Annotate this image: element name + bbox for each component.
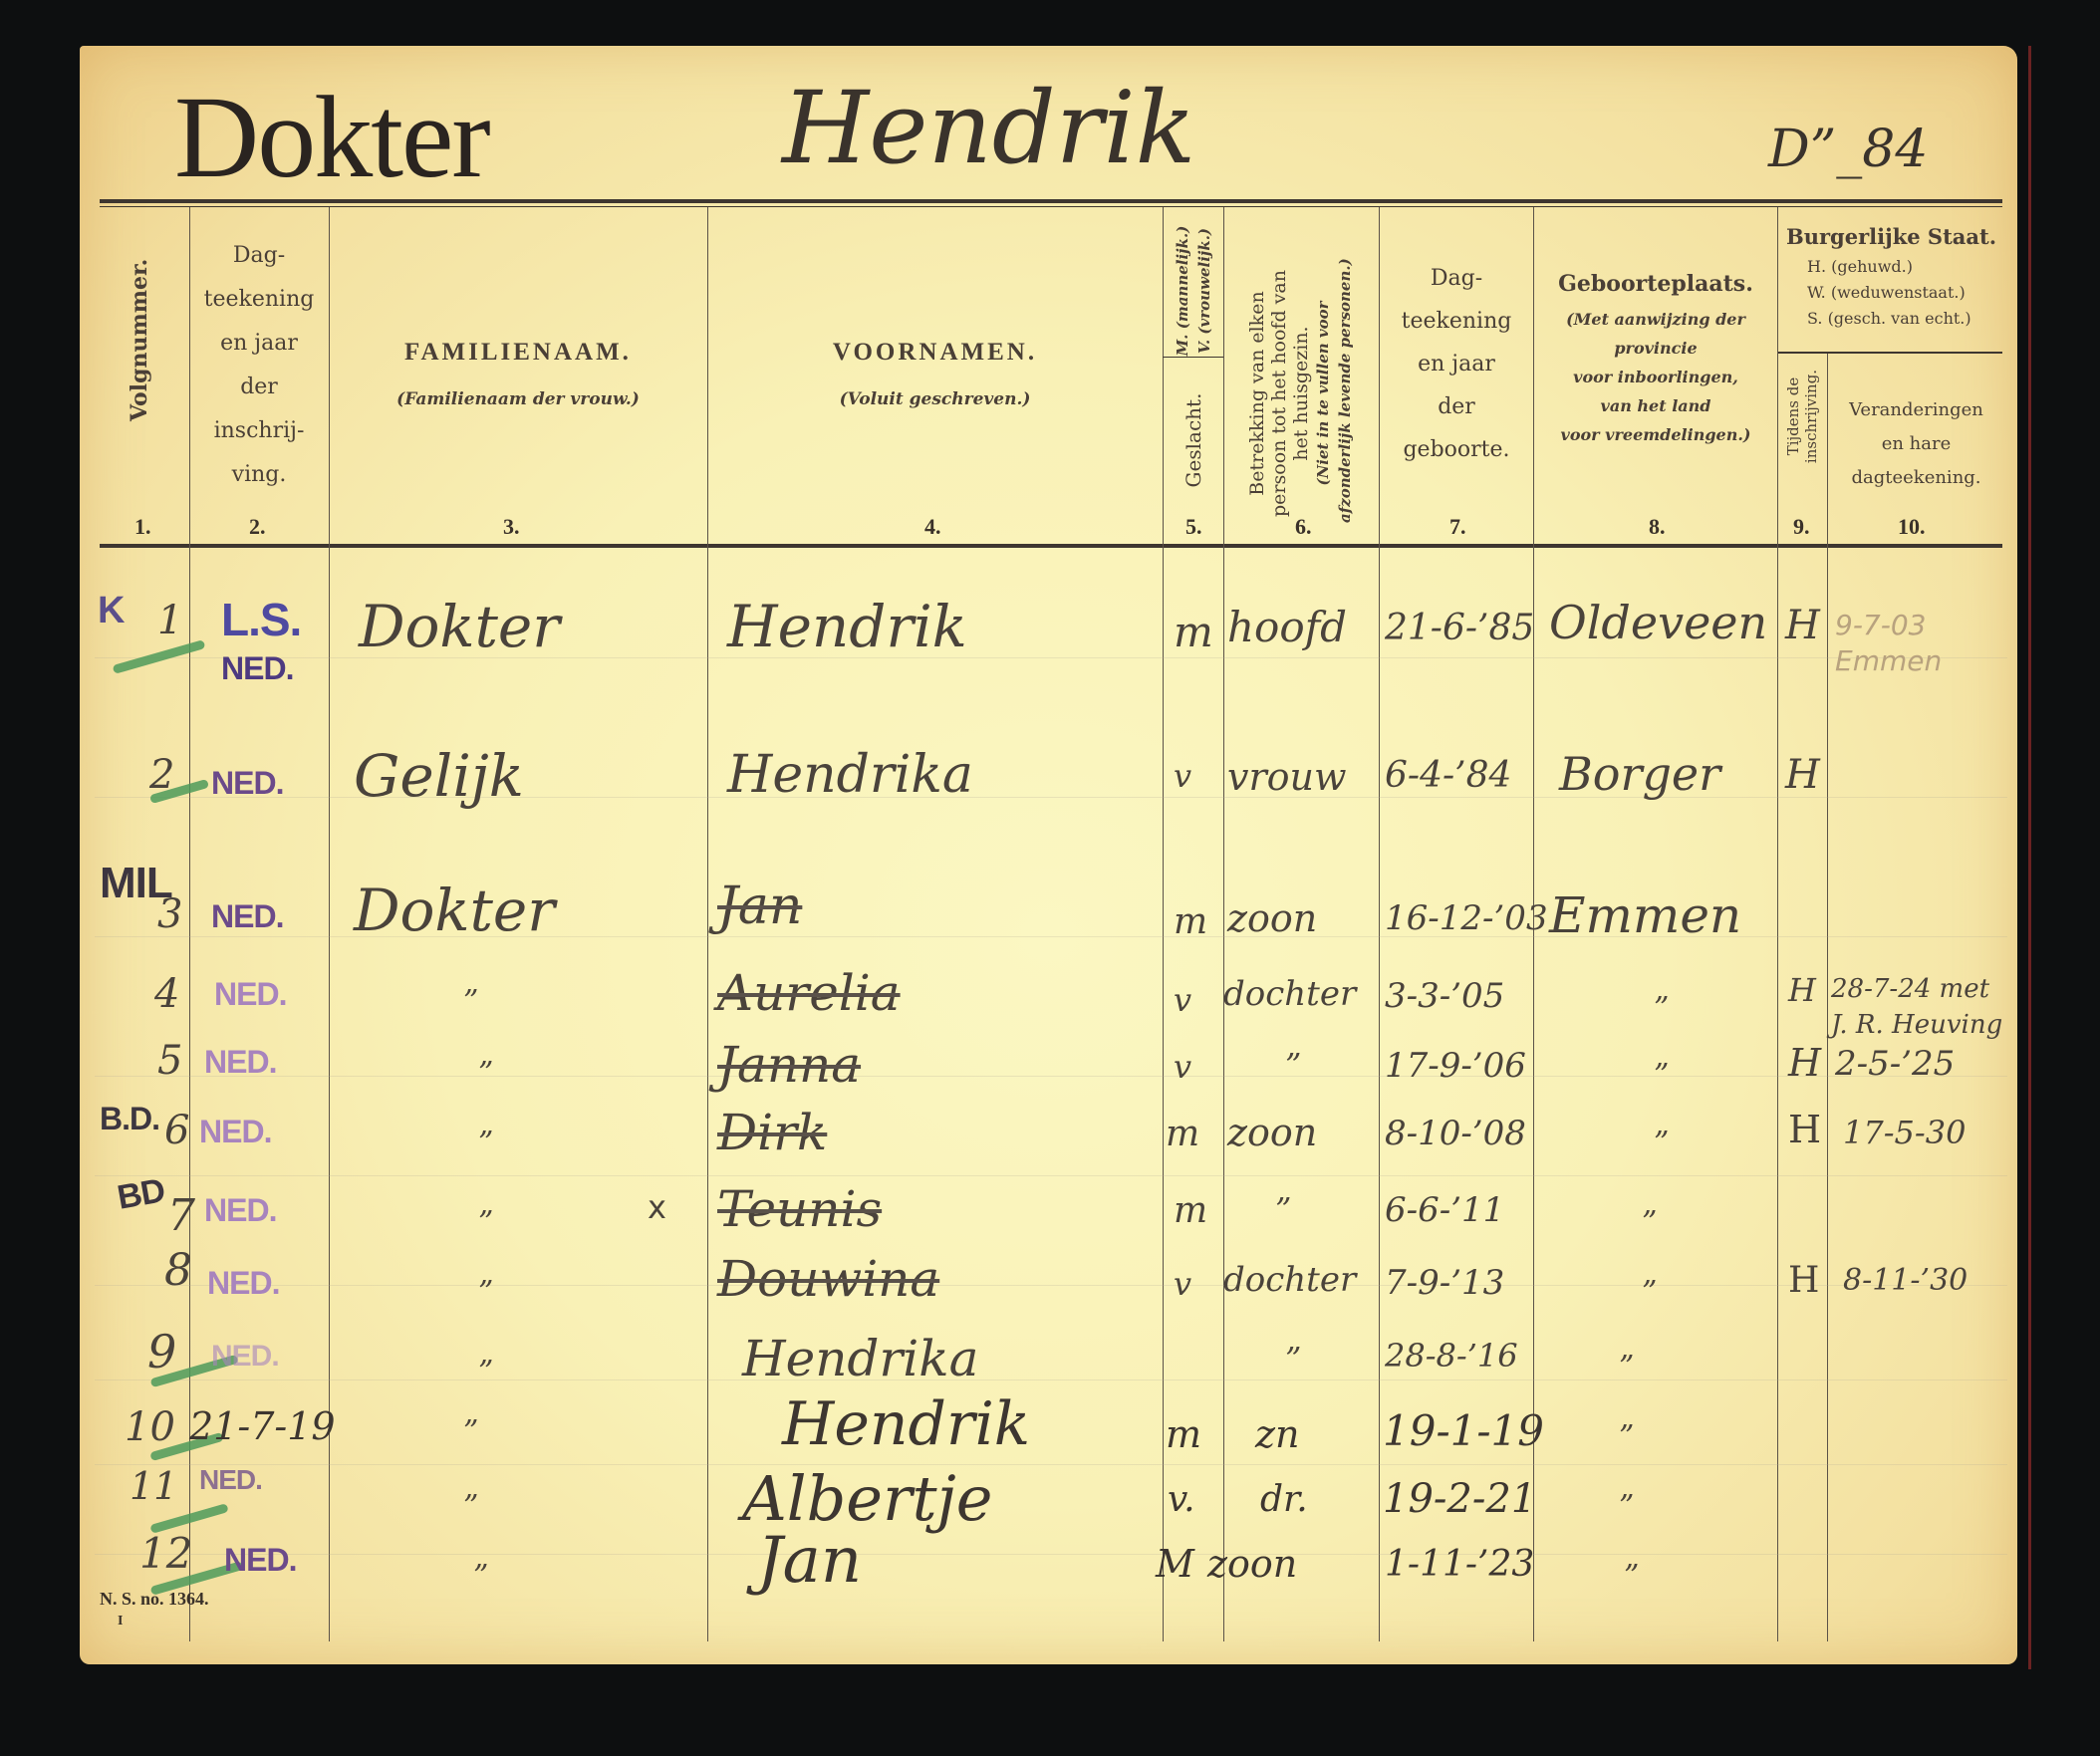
header-dagteekening-inschrijving: Dag- teekening en jaar der inschrij- vin… bbox=[191, 234, 327, 497]
birthplace-cell: ” bbox=[1654, 991, 1669, 1026]
relation-cell: ” bbox=[1285, 1046, 1301, 1084]
birthplace-cell: ” bbox=[1624, 1559, 1639, 1594]
birthdate-cell: 8-10-’08 bbox=[1385, 1114, 1526, 1153]
birthplace-cell: ” bbox=[1642, 1205, 1657, 1240]
legend-h: H. (gehuwd.) bbox=[1779, 254, 2003, 280]
nationality-stamp: NED. bbox=[211, 898, 283, 935]
header-line: persoon tot het hoofd van bbox=[1268, 264, 1290, 523]
header-top-rule-thin bbox=[100, 206, 2002, 207]
margin-stamp: B.D. bbox=[100, 1101, 159, 1137]
surname-cell: ” bbox=[463, 1414, 478, 1449]
relation-cell: dochter bbox=[1223, 974, 1356, 1014]
sex-cell: m bbox=[1166, 1114, 1199, 1154]
col-divider-6 bbox=[1379, 207, 1380, 1641]
birthplace-cell: ” bbox=[1654, 1126, 1669, 1160]
surname-cell: Dokter bbox=[359, 593, 560, 660]
header-line: het huisgezin. bbox=[1290, 264, 1312, 523]
changes-cell: 9-7-03 Emmen bbox=[1835, 608, 2004, 679]
given-names-cell: Jan bbox=[717, 877, 1001, 936]
header-familienaam: FAMILIENAAM. (Familienaam der vrouw.) bbox=[331, 334, 705, 412]
sex-cell: v. bbox=[1168, 1479, 1195, 1520]
nationality-stamp: NED. bbox=[211, 765, 283, 802]
header-line: ving. bbox=[191, 453, 327, 497]
header-line: teekening bbox=[1381, 300, 1532, 343]
header-line: afzonderlijk levende personen.) bbox=[1334, 264, 1356, 523]
surname-cell: ” bbox=[478, 1056, 493, 1091]
birthplace-cell: ” bbox=[1619, 1489, 1634, 1524]
nationality-stamp: NED. bbox=[214, 976, 286, 1013]
row-number: 5 bbox=[157, 1038, 182, 1084]
birthplace-cell: Oldeveen bbox=[1549, 596, 1767, 649]
header-line: Dag- bbox=[1381, 257, 1532, 300]
birthplace-cell: ” bbox=[1642, 1275, 1657, 1310]
nationality-stamp: NED. bbox=[199, 1114, 271, 1150]
surname-cell: ” bbox=[463, 984, 478, 1019]
header-line: der bbox=[1381, 385, 1532, 428]
header-line: inschrijving. bbox=[1802, 357, 1820, 476]
header-line: en hare bbox=[1829, 427, 2003, 461]
header-sex-legend: M. (mannelijk.) V. (vrouwelijk.) bbox=[1172, 211, 1215, 371]
surname-cell: ” bbox=[478, 1275, 493, 1310]
relation-cell: zoon bbox=[1227, 896, 1317, 940]
header-geslacht: Geslacht. bbox=[1181, 380, 1205, 500]
header-line: Veranderingen bbox=[1829, 393, 2003, 427]
margin-stamp: BD bbox=[115, 1171, 167, 1218]
changes-cell: 8-11-’30 bbox=[1843, 1263, 1968, 1298]
sex-cell: m bbox=[1174, 901, 1207, 942]
row-number: 10 bbox=[125, 1404, 175, 1450]
nationality-stamp: NED. bbox=[207, 1265, 279, 1302]
header-dagteekening-geboorte: Dag- teekening en jaar der geboorte. bbox=[1381, 257, 1532, 471]
nationality-stamp: NED. bbox=[211, 1340, 279, 1374]
civil-state-cell: H bbox=[1785, 603, 1820, 648]
col-divider-5 bbox=[1223, 207, 1224, 1641]
birthplace-cell: Emmen bbox=[1549, 886, 1741, 944]
row-number: 12 bbox=[139, 1529, 192, 1578]
ruled-line bbox=[95, 1554, 2007, 1555]
surname-cell: ” bbox=[478, 1205, 493, 1240]
colnum-9: 9. bbox=[1793, 514, 1810, 540]
birthplace-cell: Borger bbox=[1559, 747, 1720, 801]
header-line: Betrekking van elken bbox=[1246, 264, 1268, 523]
header-familienaam-sub: (Familienaam der vrouw.) bbox=[331, 386, 705, 412]
given-names-cell: Janna bbox=[717, 1036, 1060, 1094]
given-names-cell: Aurelia bbox=[717, 964, 1060, 1022]
sex-cell: v bbox=[1174, 1265, 1191, 1303]
given-names-cell: Dirk bbox=[717, 1104, 1066, 1161]
birthplace-cell: ” bbox=[1654, 1058, 1669, 1093]
nationality-stamp: NED. bbox=[204, 1192, 276, 1229]
relation-cell: hoofd bbox=[1227, 603, 1347, 651]
margin-stamp: K bbox=[98, 590, 124, 632]
birthdate-cell: 16-12-’03 bbox=[1385, 898, 1548, 938]
surname-cell: ” bbox=[478, 1126, 493, 1160]
colnum-10: 10. bbox=[1898, 514, 1926, 540]
given-names-cell: Hendrika bbox=[727, 745, 973, 805]
legend-m: M. (mannelijk.) bbox=[1172, 211, 1193, 371]
sex-cell: m bbox=[1174, 608, 1213, 656]
sex-cell: v bbox=[1174, 757, 1191, 795]
header-tijdens-inschrijving: Tijdens de inschrijving. bbox=[1784, 357, 1820, 476]
header-line: Tijdens de bbox=[1784, 357, 1802, 476]
header-burgerlijke-staat: Burgerlijke Staat. H. (gehuwd.) W. (wedu… bbox=[1779, 221, 2003, 332]
header-line: dagteekening. bbox=[1829, 461, 2003, 495]
form-number: N. S. no. 1364. bbox=[100, 1589, 209, 1610]
header-burgerlijke-title: Burgerlijke Staat. bbox=[1779, 221, 2003, 254]
col-divider-4 bbox=[1163, 207, 1164, 1641]
header-voornamen-sub: (Voluit geschreven.) bbox=[709, 386, 1161, 412]
nationality-stamp: NED. bbox=[199, 1464, 262, 1496]
surname-cell: ” bbox=[478, 1355, 493, 1389]
header-line: en jaar bbox=[191, 322, 327, 366]
relation-cell: ” bbox=[1275, 1190, 1291, 1228]
relation-cell: vrouw bbox=[1227, 755, 1347, 799]
civil-state-cell: H bbox=[1788, 1041, 1821, 1085]
header-line: van het land bbox=[1535, 391, 1776, 420]
changes-cell: 17-5-30 bbox=[1843, 1114, 1966, 1151]
registration-date: 21-7-19 bbox=[189, 1404, 336, 1448]
card-surname: Dokter bbox=[174, 70, 489, 205]
header-line: provincie bbox=[1535, 334, 1776, 363]
legend-s: S. (gesch. van echt.) bbox=[1779, 306, 2003, 332]
sex-cell: v bbox=[1174, 1048, 1191, 1086]
header-veranderingen: Veranderingen en hare dagteekening. bbox=[1829, 393, 2003, 495]
given-names-cell: Hendrik bbox=[782, 1389, 1030, 1459]
birthdate-cell: 17-9-’06 bbox=[1385, 1046, 1526, 1086]
card-code: D”_84 bbox=[1768, 120, 1928, 179]
header-voornamen: VOORNAMEN. (Voluit geschreven.) bbox=[709, 334, 1161, 412]
header-line: teekening bbox=[191, 278, 327, 322]
given-names-cell: Douwina bbox=[717, 1250, 1059, 1308]
relation-cell: dochter bbox=[1223, 1260, 1356, 1300]
surname-cell: ” bbox=[473, 1559, 488, 1594]
col-divider-8 bbox=[1777, 207, 1778, 1641]
ruled-line bbox=[95, 1464, 2007, 1465]
header-betrekking: Betrekking van elken persoon tot het hoo… bbox=[1246, 264, 1356, 523]
row-number: 4 bbox=[154, 971, 179, 1017]
relation-cell: zoon bbox=[1227, 1111, 1317, 1154]
surname-cell: Gelijk bbox=[354, 742, 524, 810]
civil-state-cell: H bbox=[1785, 752, 1820, 798]
civil-state-cell: H bbox=[1788, 1260, 1819, 1301]
colnum-7: 7. bbox=[1449, 514, 1466, 540]
colnum-8: 8. bbox=[1649, 514, 1666, 540]
ruled-line bbox=[95, 1175, 2007, 1176]
ruled-line bbox=[95, 1380, 2007, 1380]
birthdate-cell: 19-1-19 bbox=[1383, 1406, 1544, 1455]
row-number: 11 bbox=[130, 1464, 177, 1508]
form-number-sub: I bbox=[118, 1614, 123, 1630]
civil-state-cell: H bbox=[1788, 1108, 1821, 1151]
header-line: der bbox=[191, 366, 327, 409]
row-number: 6 bbox=[164, 1108, 189, 1153]
birthdate-cell: 21-6-’85 bbox=[1385, 608, 1534, 648]
header-line: (Met aanwijzing der bbox=[1535, 305, 1776, 334]
row-number: 3 bbox=[157, 891, 182, 937]
relation-cell: dr. bbox=[1260, 1479, 1308, 1520]
card-given-name: Hendrik bbox=[782, 70, 1195, 186]
header-line: inschrij- bbox=[191, 409, 327, 453]
header-familienaam-title: FAMILIENAAM. bbox=[331, 334, 705, 373]
given-names-cell: Teunis bbox=[717, 1180, 981, 1238]
colnum-5: 5. bbox=[1185, 514, 1202, 540]
colnum-4: 4. bbox=[924, 514, 941, 540]
header-geboorteplaats: Geboorteplaats. (Met aanwijzing der prov… bbox=[1535, 267, 1776, 449]
sex-cell: m bbox=[1166, 1412, 1201, 1456]
birthdate-cell: 1-11-’23 bbox=[1385, 1544, 1534, 1585]
sex-cell: m bbox=[1174, 1190, 1207, 1231]
birthdate-cell: 6-6-’11 bbox=[1385, 1190, 1504, 1230]
header-line: geboorte. bbox=[1381, 428, 1532, 471]
col-divider-3 bbox=[707, 207, 708, 1641]
birthdate-cell: 6-4-’84 bbox=[1385, 755, 1511, 796]
header-volgnummer: Volgnummer. bbox=[127, 262, 152, 421]
header-voornamen-title: VOORNAMEN. bbox=[709, 334, 1161, 373]
surname-cell: ” bbox=[463, 1489, 478, 1524]
card-edge bbox=[2028, 46, 2031, 1669]
surname-cell: Dokter bbox=[354, 877, 555, 944]
header-bottom-rule bbox=[100, 544, 2002, 548]
birthplace-cell: ” bbox=[1619, 1350, 1634, 1384]
header-line: (Niet in te vullen voor bbox=[1312, 264, 1334, 523]
relation-cell: zn bbox=[1255, 1412, 1300, 1456]
given-names-cell: Jan bbox=[757, 1524, 862, 1598]
given-names-cell: Hendrik bbox=[727, 593, 967, 660]
relation-cell: zoon bbox=[1207, 1542, 1297, 1586]
colnum-1: 1. bbox=[134, 514, 151, 540]
row-number: 7 bbox=[167, 1190, 195, 1241]
colnum-6: 6. bbox=[1295, 514, 1312, 540]
relation-cell: ” bbox=[1285, 1340, 1301, 1378]
burgerlijke-divider bbox=[1778, 352, 2002, 354]
nationality-stamp: NED. bbox=[224, 1542, 296, 1579]
changes-cell: 28-7-24 met J. R. Heuving bbox=[1775, 971, 2004, 1043]
header-line: Dag- bbox=[191, 234, 327, 278]
header-geboorteplaats-title: Geboorteplaats. bbox=[1535, 267, 1776, 301]
birthdate-cell: 19-2-21 bbox=[1383, 1476, 1536, 1522]
header-line: voor vreemdelingen.) bbox=[1535, 420, 1776, 449]
nationality-stamp: L.S.NED. bbox=[221, 598, 331, 690]
row-number: 8 bbox=[164, 1245, 192, 1296]
sex-cell: v bbox=[1174, 981, 1191, 1019]
legend-v: V. (vrouwelijk.) bbox=[1193, 211, 1215, 371]
colnum-2: 2. bbox=[249, 514, 266, 540]
x-mark: x bbox=[648, 1188, 666, 1226]
row-number: 1 bbox=[157, 598, 182, 643]
birthdate-cell: 7-9-’13 bbox=[1385, 1263, 1504, 1303]
given-names-cell: Hendrika bbox=[742, 1330, 978, 1387]
colnum-3: 3. bbox=[503, 514, 520, 540]
header-line: en jaar bbox=[1381, 343, 1532, 385]
legend-w: W. (weduwenstaat.) bbox=[1779, 280, 2003, 306]
sex-cell: M bbox=[1156, 1542, 1194, 1586]
nationality-stamp: NED. bbox=[204, 1044, 276, 1081]
birthplace-cell: ” bbox=[1619, 1419, 1634, 1454]
changes-cell: 2-5-’25 bbox=[1835, 1044, 1955, 1084]
header-line: voor inboorlingen, bbox=[1535, 363, 1776, 391]
birthdate-cell: 3-3-’05 bbox=[1385, 976, 1504, 1016]
header-top-rule bbox=[100, 199, 2002, 203]
birthdate-cell: 28-8-’16 bbox=[1385, 1337, 1518, 1375]
row-number: 9 bbox=[147, 1325, 176, 1379]
